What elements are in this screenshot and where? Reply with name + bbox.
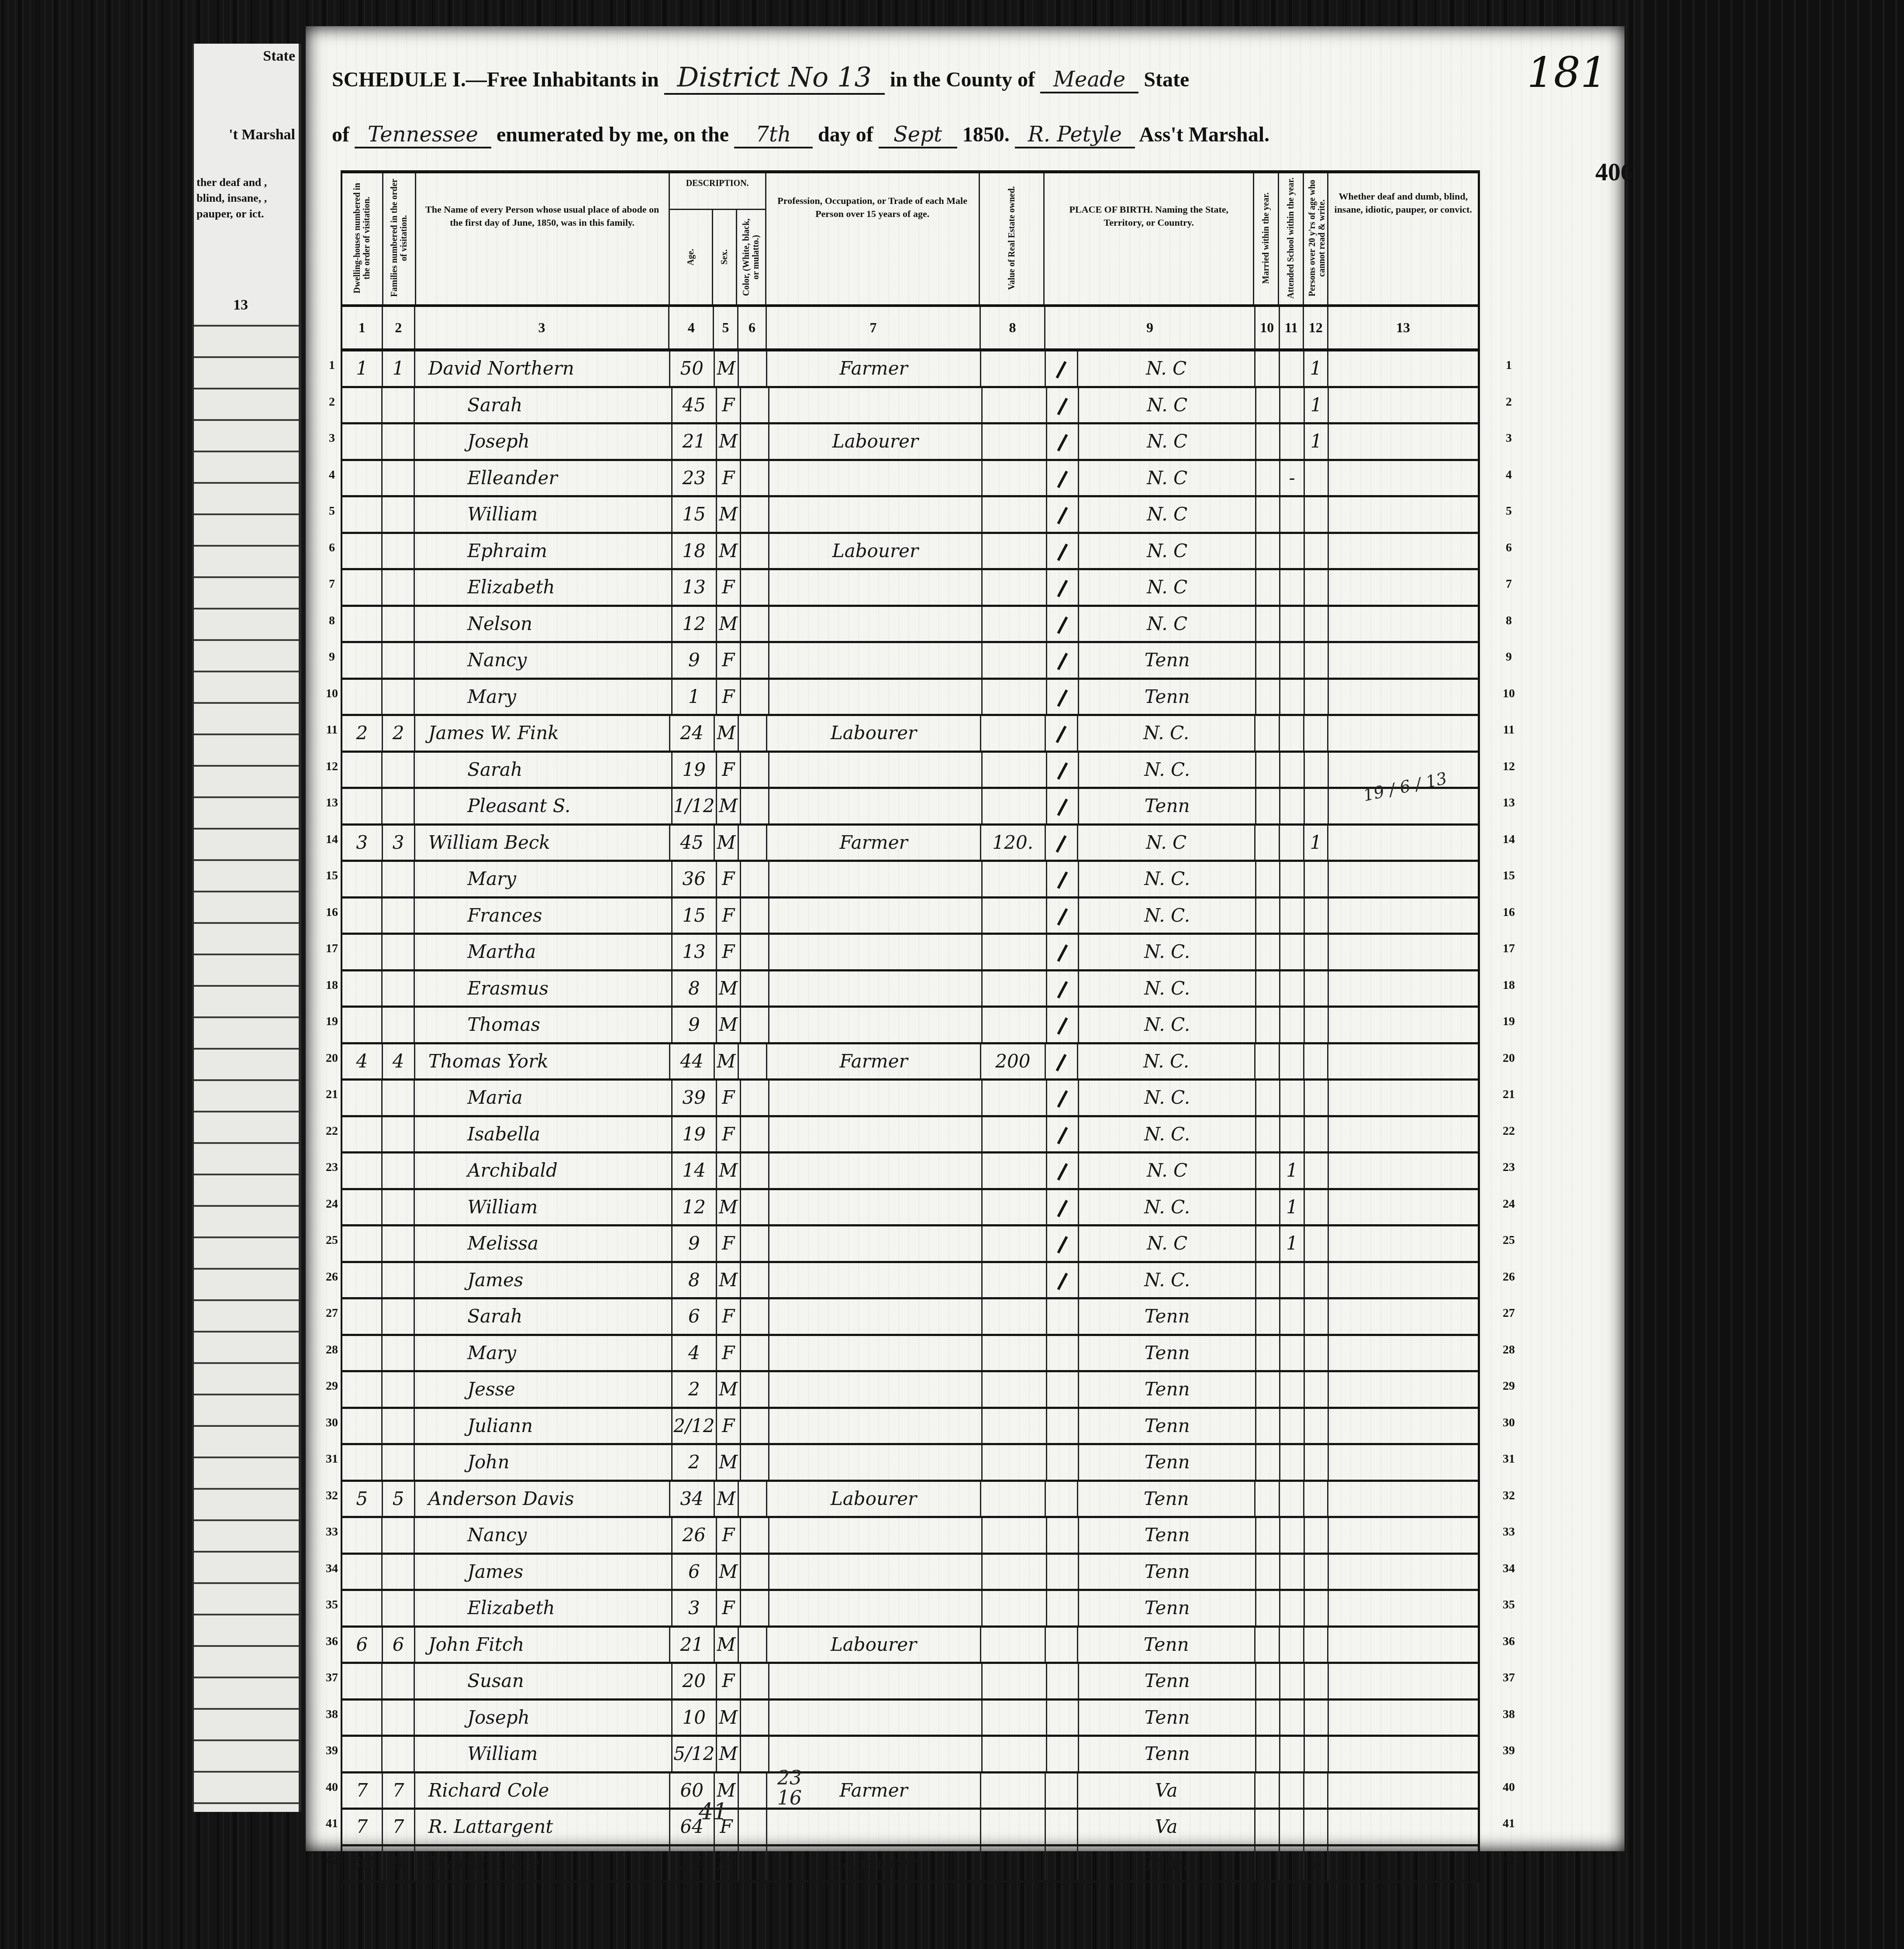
attended-school xyxy=(1280,1008,1304,1042)
age: 6 xyxy=(673,1555,717,1589)
line-number: 25 xyxy=(323,1222,341,1259)
line-number: 15 xyxy=(1494,857,1524,894)
line-number: 26 xyxy=(1494,1259,1524,1295)
age: 45 xyxy=(673,388,717,423)
table-row: Joseph21MLabourerN. C1 xyxy=(342,424,1478,461)
family-number xyxy=(383,1336,415,1370)
dwelling-number xyxy=(342,1154,383,1188)
birthplace: Tenn xyxy=(1079,1409,1256,1443)
tick-icon xyxy=(1056,361,1067,379)
married xyxy=(1256,607,1280,641)
age: 26 xyxy=(673,1518,717,1553)
real-estate-value xyxy=(983,607,1047,641)
color xyxy=(741,1081,769,1115)
age: 1 xyxy=(673,680,717,714)
real-estate-value xyxy=(983,388,1047,423)
family-number xyxy=(383,1299,415,1334)
sex: F xyxy=(717,643,741,678)
tick-icon xyxy=(1057,799,1068,816)
tick-mark xyxy=(1046,1044,1078,1079)
person-name: Ephraim xyxy=(415,534,673,568)
family-number xyxy=(383,1409,415,1443)
age: 50 xyxy=(670,351,715,386)
age: 8 xyxy=(673,1263,717,1298)
table-row: Nelson12MN. C xyxy=(342,607,1478,644)
occupation xyxy=(769,862,983,896)
tick-mark xyxy=(1047,753,1080,787)
dwelling-number: 88 xyxy=(342,1846,383,1881)
occupation: Farmer xyxy=(767,1044,981,1079)
occupation xyxy=(769,607,983,641)
table-row: Juliann2/12FTenn xyxy=(342,1409,1478,1446)
table-row: 888Martin Cole34MLabourerTenn1 xyxy=(342,1846,1478,1883)
line-number: 37 xyxy=(323,1660,341,1696)
occupation: Labourer xyxy=(767,1482,981,1516)
disability xyxy=(1329,680,1478,714)
enumerated-label: enumerated by me, on the xyxy=(497,123,729,146)
birthplace: Tenn xyxy=(1079,1591,1256,1625)
attended-school: 1 xyxy=(1280,1154,1304,1188)
disability xyxy=(1329,1263,1478,1298)
married xyxy=(1256,862,1280,896)
tick-icon xyxy=(1057,1273,1068,1290)
age: 34 xyxy=(670,1482,715,1516)
birthplace: N. C. xyxy=(1079,862,1256,896)
real-estate-value xyxy=(983,497,1047,532)
color xyxy=(741,1008,769,1042)
page-stamp: 406 xyxy=(1595,157,1633,186)
birthplace: Tenn xyxy=(1079,1445,1256,1480)
color xyxy=(741,1409,769,1443)
dwelling-number xyxy=(342,753,383,787)
line-number: 20 xyxy=(323,1040,341,1077)
tick-mark xyxy=(1047,1518,1080,1553)
real-estate-value xyxy=(983,643,1047,678)
disability xyxy=(1329,899,1478,933)
table-row: Elizabeth13FN. C xyxy=(342,570,1478,607)
married xyxy=(1256,1664,1280,1698)
previous-page-header: State 't Marshal ther deaf and , blind, … xyxy=(194,44,299,323)
col-num-1: 1 xyxy=(342,307,383,348)
table-row: 77Richard Cole60MFarmerVa xyxy=(342,1773,1478,1810)
line-number: 24 xyxy=(1494,1186,1524,1222)
dwelling-number xyxy=(342,1190,383,1225)
dwelling-number xyxy=(342,935,383,969)
tick-mark xyxy=(1047,1190,1080,1225)
real-estate-value xyxy=(981,1810,1046,1844)
schedule-label: SCHEDULE I.—Free Inhabitants in xyxy=(332,68,659,91)
disability xyxy=(1329,1154,1478,1188)
tick-mark xyxy=(1047,497,1080,532)
color xyxy=(741,1518,769,1553)
line-number: 6 xyxy=(323,530,341,566)
occupation xyxy=(769,1555,983,1589)
attended-school xyxy=(1280,1445,1304,1480)
color xyxy=(741,643,769,678)
cannot-read-write xyxy=(1305,1591,1329,1625)
age: 34 xyxy=(670,1846,715,1881)
real-estate-value xyxy=(983,789,1047,823)
table-row: Nancy26FTenn xyxy=(342,1518,1478,1555)
col-header-color: Color, (White, black, or mulatto.) xyxy=(737,210,765,304)
disability xyxy=(1329,1081,1478,1115)
color xyxy=(741,680,769,714)
line-number: 12 xyxy=(323,748,341,785)
disability xyxy=(1329,388,1478,423)
column-number-row: 1 2 3 4 5 6 7 8 9 10 11 12 13 xyxy=(342,307,1478,351)
line-numbers-right: 1234567891011121314151617181920212223242… xyxy=(1494,347,1524,1878)
occupation xyxy=(769,570,983,605)
tally-top: 23 xyxy=(777,1768,802,1788)
disability xyxy=(1328,1482,1478,1516)
family-number xyxy=(383,388,415,423)
sex: M xyxy=(717,1190,741,1225)
family-number xyxy=(383,1591,415,1625)
dwelling-number xyxy=(342,1336,383,1370)
table-row: Sarah45FN. C1 xyxy=(342,388,1478,425)
tick-mark xyxy=(1047,680,1080,714)
real-estate-value xyxy=(983,862,1047,896)
cannot-read-write xyxy=(1305,971,1329,1006)
dwelling-number xyxy=(342,1555,383,1589)
disability xyxy=(1329,1226,1478,1261)
attended-school xyxy=(1280,570,1304,605)
married xyxy=(1256,1737,1280,1771)
dwelling-number: 7 xyxy=(342,1810,383,1844)
color xyxy=(741,1190,769,1225)
attended-school xyxy=(1280,1299,1304,1334)
occupation xyxy=(769,1299,983,1334)
col-num-4: 4 xyxy=(669,307,714,348)
tick-icon xyxy=(1057,471,1068,488)
sex: M xyxy=(717,1445,741,1480)
line-number: 17 xyxy=(323,930,341,967)
dwelling-number xyxy=(342,570,383,605)
married xyxy=(1256,534,1280,568)
married xyxy=(1256,1044,1280,1079)
table-row: Pleasant S.1/12MTenn xyxy=(342,789,1478,826)
footer-tally-left: 41 xyxy=(699,1799,728,1825)
dwelling-number xyxy=(342,789,383,823)
person-name: Erasmus xyxy=(415,971,673,1006)
line-number: 13 xyxy=(323,785,341,821)
line-number: 10 xyxy=(1494,675,1524,712)
table-row: Jesse2MTenn xyxy=(342,1372,1478,1409)
age: 2 xyxy=(673,1445,717,1480)
attended-school xyxy=(1280,1372,1304,1407)
col-header-illiterate: Persons over 20 y'rs of age who cannot r… xyxy=(1304,173,1329,304)
cannot-read-write xyxy=(1305,1372,1329,1407)
real-estate-value xyxy=(981,1628,1046,1662)
birthplace: N. C xyxy=(1079,461,1256,496)
sheet-number: 181 xyxy=(1527,48,1607,97)
disability xyxy=(1329,643,1478,678)
family-number xyxy=(383,899,415,933)
cannot-read-write xyxy=(1305,789,1329,823)
tick-icon xyxy=(1057,908,1068,926)
tick-icon xyxy=(1057,544,1068,561)
tick-mark xyxy=(1047,971,1080,1006)
line-number: 1 xyxy=(1494,347,1524,384)
color xyxy=(741,388,769,423)
tick-mark xyxy=(1047,1154,1080,1188)
disability xyxy=(1329,1372,1478,1407)
married xyxy=(1256,1226,1280,1261)
family-number xyxy=(383,1226,415,1261)
family-number xyxy=(383,862,415,896)
cannot-read-write xyxy=(1305,1081,1329,1115)
cannot-read-write xyxy=(1305,862,1329,896)
tick-icon xyxy=(1057,580,1068,597)
col-header-disability: Whether deaf and dumb, blind, insane, id… xyxy=(1328,173,1478,304)
col-num-12: 12 xyxy=(1304,307,1328,348)
cannot-read-write: 1 xyxy=(1304,1846,1329,1881)
sex: M xyxy=(715,1044,739,1079)
line-number: 8 xyxy=(1494,603,1524,639)
cannot-read-write xyxy=(1305,534,1329,568)
line-number: 33 xyxy=(1494,1514,1524,1550)
cannot-read-write xyxy=(1304,1773,1329,1808)
sex: M xyxy=(717,424,741,459)
dwelling-number xyxy=(342,1226,383,1261)
dwelling-number: 1 xyxy=(342,351,383,386)
col-num-9: 9 xyxy=(1045,307,1256,348)
line-number: 37 xyxy=(1494,1660,1524,1696)
line-number: 5 xyxy=(323,493,341,530)
tick-icon xyxy=(1057,1200,1068,1217)
cannot-read-write xyxy=(1305,935,1329,969)
married xyxy=(1256,1190,1280,1225)
married xyxy=(1256,1518,1280,1553)
family-number xyxy=(383,607,415,641)
age: 1/12 xyxy=(673,789,717,823)
person-name: Sarah xyxy=(415,1299,673,1334)
line-number: 32 xyxy=(1494,1477,1524,1514)
sex: M xyxy=(717,1008,741,1042)
person-name: Elizabeth xyxy=(415,570,673,605)
cannot-read-write xyxy=(1305,1555,1329,1589)
line-number: 21 xyxy=(323,1076,341,1113)
occupation xyxy=(767,1810,981,1844)
real-estate-value xyxy=(983,1008,1047,1042)
occupation xyxy=(769,680,983,714)
table-row: Ephraim18MLabourerN. C xyxy=(342,534,1478,571)
attended-school xyxy=(1280,862,1304,896)
birthplace: N. C. xyxy=(1079,753,1256,787)
col-num-8: 8 xyxy=(981,307,1045,348)
tick-mark xyxy=(1047,1372,1080,1407)
family-number: 1 xyxy=(383,351,415,386)
married xyxy=(1256,1773,1280,1808)
table-row: Nancy9FTenn xyxy=(342,643,1478,680)
attended-school xyxy=(1280,1518,1304,1553)
district-field: District No 13 xyxy=(664,61,885,95)
color xyxy=(741,534,769,568)
married xyxy=(1256,1628,1280,1662)
birthplace: Tenn xyxy=(1079,1299,1256,1334)
attended-school xyxy=(1280,826,1304,860)
occupation xyxy=(769,643,983,678)
cannot-read-write: 1 xyxy=(1305,388,1329,423)
birthplace: N. C xyxy=(1079,497,1256,532)
birthplace: N. C. xyxy=(1079,1117,1256,1152)
color xyxy=(739,1482,767,1516)
attended-school xyxy=(1280,1482,1304,1516)
dwelling-number xyxy=(342,607,383,641)
disability xyxy=(1329,1664,1478,1698)
cannot-read-write xyxy=(1304,1628,1329,1662)
real-estate-value xyxy=(981,1846,1046,1881)
family-number: 4 xyxy=(383,1044,415,1079)
real-estate-value xyxy=(983,1117,1047,1152)
person-name: Isabella xyxy=(415,1117,673,1152)
color xyxy=(741,862,769,896)
cannot-read-write xyxy=(1305,607,1329,641)
cannot-read-write xyxy=(1305,1518,1329,1553)
table-row: William5/12MTenn xyxy=(342,1737,1478,1773)
family-number xyxy=(383,789,415,823)
cannot-read-write xyxy=(1305,1190,1329,1225)
tick-icon xyxy=(1057,616,1068,634)
tick-mark xyxy=(1047,1336,1080,1370)
tick-icon xyxy=(1057,944,1068,962)
age: 45 xyxy=(670,826,715,860)
line-number: 26 xyxy=(323,1259,341,1295)
person-name: Pleasant S. xyxy=(415,789,673,823)
line-number: 4 xyxy=(323,457,341,493)
married xyxy=(1256,1008,1280,1042)
table-row: Isabella19FN. C. xyxy=(342,1117,1478,1154)
table-row: William12MN. C.1 xyxy=(342,1190,1478,1227)
disability xyxy=(1329,971,1478,1006)
col-header-birthplace: PLACE OF BIRTH. Naming the State, Territ… xyxy=(1045,173,1254,304)
attended-school xyxy=(1280,971,1304,1006)
tick-icon xyxy=(1057,1090,1068,1108)
family-number xyxy=(383,1664,415,1698)
birthplace: Tenn xyxy=(1079,1518,1256,1553)
person-name: Melissa xyxy=(415,1226,673,1261)
birthplace: N. C. xyxy=(1079,1081,1256,1115)
sex: F xyxy=(717,1591,741,1625)
disability xyxy=(1329,935,1478,969)
occupation xyxy=(769,1372,983,1407)
birthplace: Tenn xyxy=(1079,789,1256,823)
attended-school xyxy=(1280,1664,1304,1698)
person-name: John Fitch xyxy=(415,1628,670,1662)
person-name: Elleander xyxy=(415,461,673,496)
sex: F xyxy=(717,753,741,787)
attended-school xyxy=(1280,424,1304,459)
tick-mark xyxy=(1047,862,1080,896)
tick-mark xyxy=(1047,1664,1080,1698)
color xyxy=(741,1117,769,1152)
married xyxy=(1256,351,1280,386)
attended-school xyxy=(1280,1737,1304,1771)
table-row: Erasmus8MN. C. xyxy=(342,971,1478,1008)
birthplace: N. C xyxy=(1079,607,1256,641)
sex: M xyxy=(715,1628,739,1662)
color xyxy=(739,826,767,860)
person-name: Martha xyxy=(415,935,673,969)
line-number: 34 xyxy=(323,1550,341,1587)
line-number: 7 xyxy=(1494,566,1524,603)
cannot-read-write xyxy=(1305,1154,1329,1188)
age: 8 xyxy=(673,971,717,1006)
married xyxy=(1256,935,1280,969)
married xyxy=(1256,1409,1280,1443)
person-name: James W. Fink xyxy=(415,716,670,751)
cannot-read-write: 1 xyxy=(1304,826,1329,860)
color xyxy=(741,497,769,532)
family-number xyxy=(383,643,415,678)
age: 2/12 xyxy=(673,1409,717,1443)
table-row: Melissa9FN. C1 xyxy=(342,1226,1478,1263)
day-of-label: day of xyxy=(818,123,873,146)
sex: M xyxy=(715,1846,739,1881)
family-number xyxy=(383,971,415,1006)
tick-icon xyxy=(1057,1017,1068,1035)
real-estate-value xyxy=(981,1482,1046,1516)
line-number: 32 xyxy=(323,1477,341,1514)
tick-mark xyxy=(1047,1591,1080,1625)
person-name: Mary xyxy=(415,680,673,714)
line-number: 30 xyxy=(1494,1405,1524,1441)
color xyxy=(741,1591,769,1625)
line-number: 27 xyxy=(1494,1295,1524,1332)
occupation: Farmer xyxy=(767,826,981,860)
dwelling-number xyxy=(342,862,383,896)
birthplace: N. C xyxy=(1079,1154,1256,1188)
line-number: 27 xyxy=(323,1295,341,1332)
sex: M xyxy=(717,1263,741,1298)
table-row: Elleander23FN. C- xyxy=(342,461,1478,498)
col-num-6: 6 xyxy=(738,307,767,348)
disability xyxy=(1329,1518,1478,1553)
person-name: Anderson Davis xyxy=(415,1482,670,1516)
table-row: Thomas9MN. C. xyxy=(342,1008,1478,1044)
disability xyxy=(1328,1846,1478,1881)
dwelling-number xyxy=(342,1372,383,1407)
age: 9 xyxy=(673,643,717,678)
family-number: 7 xyxy=(383,1810,415,1844)
birthplace: N. C. xyxy=(1078,716,1256,751)
line-number: 29 xyxy=(323,1368,341,1405)
schedule-header-line-1: SCHEDULE I.—Free Inhabitants in District… xyxy=(332,61,1189,95)
line-number: 29 xyxy=(1494,1368,1524,1405)
attended-school xyxy=(1280,1044,1304,1079)
table-row: William15MN. C xyxy=(342,497,1478,534)
sex: M xyxy=(717,534,741,568)
real-estate-value xyxy=(983,1263,1047,1298)
person-name: Maria xyxy=(415,1081,673,1115)
sex: F xyxy=(717,388,741,423)
dwelling-number: 5 xyxy=(342,1482,383,1516)
prev-column-number: 13 xyxy=(233,297,248,313)
cannot-read-write xyxy=(1304,1044,1329,1079)
birthplace: Va xyxy=(1078,1810,1256,1844)
tick-mark xyxy=(1046,351,1078,386)
attended-school xyxy=(1280,607,1304,641)
disability xyxy=(1328,716,1478,751)
sex: F xyxy=(717,1664,741,1698)
tick-icon xyxy=(1057,689,1068,707)
occupation xyxy=(769,753,983,787)
line-number: 35 xyxy=(323,1587,341,1623)
prev-state-fragment: State xyxy=(263,48,295,65)
tick-mark xyxy=(1047,1299,1080,1334)
age: 19 xyxy=(673,1117,717,1152)
tick-mark xyxy=(1046,1810,1078,1844)
